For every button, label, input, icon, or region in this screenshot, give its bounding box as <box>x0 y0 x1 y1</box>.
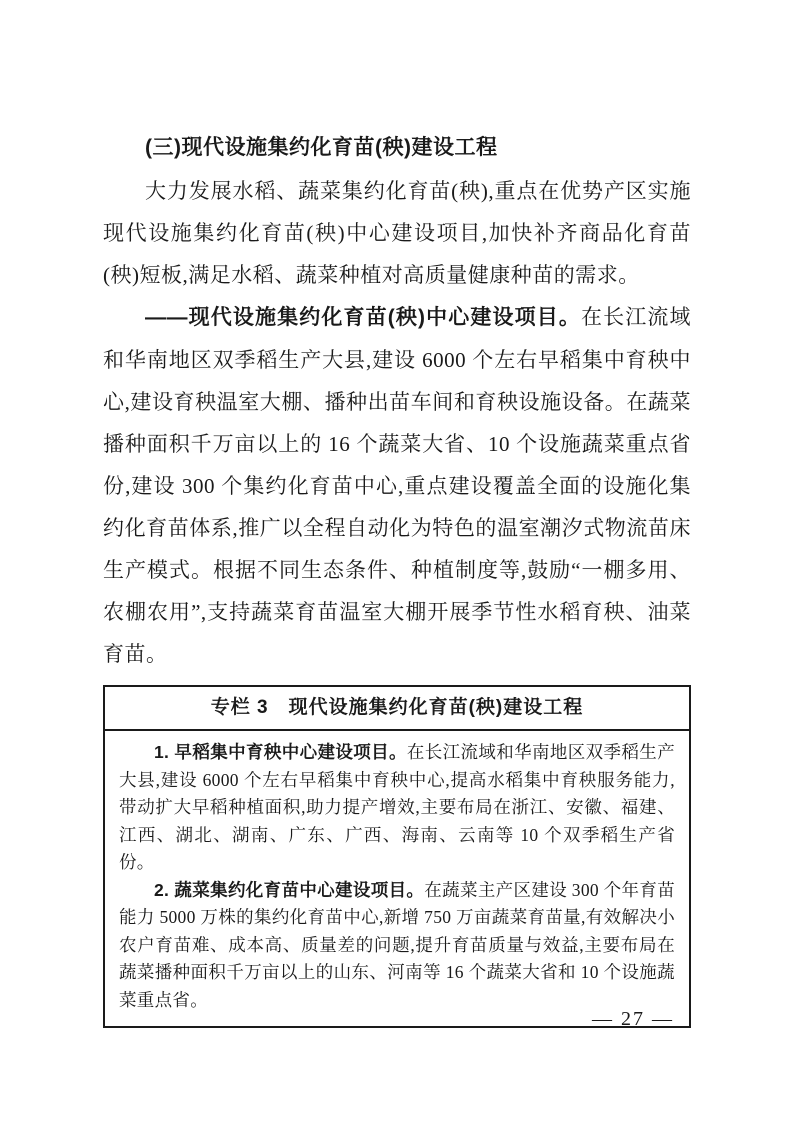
box-item-1: 1. 早稻集中育秧中心建设项目。在长江流域和华南地区双季稻生产大县,建设 600… <box>119 739 675 877</box>
section-heading: (三)现代设施集约化育苗(秧)建设工程 <box>103 126 691 170</box>
paragraph-project-text: 在长江流域和华南地区双季稻生产大县,建设 6000 个左右早稻集中育秧中心,建设… <box>103 305 691 666</box>
paragraph-project: ——现代设施集约化育苗(秧)中心建设项目。在长江流域和华南地区双季稻生产大县,建… <box>103 296 691 675</box>
paragraph-intro: 大力发展水稻、蔬菜集约化育苗(秧),重点在优势产区实施现代设施集约化育苗(秧)中… <box>103 170 691 296</box>
callout-box-body: 1. 早稻集中育秧中心建设项目。在长江流域和华南地区双季稻生产大县,建设 600… <box>105 731 689 1026</box>
callout-box-title: 专栏 3 现代设施集约化育苗(秧)建设工程 <box>105 687 689 731</box>
callout-box: 专栏 3 现代设施集约化育苗(秧)建设工程 1. 早稻集中育秧中心建设项目。在长… <box>103 685 691 1028</box>
box-item-1-lead: 1. 早稻集中育秧中心建设项目。 <box>154 742 407 762</box>
page-number: — 27 — <box>592 1008 674 1031</box>
box-item-2: 2. 蔬菜集约化育苗中心建设项目。在蔬菜主产区建设 300 个年育苗能力 500… <box>119 877 675 1015</box>
document-page: (三)现代设施集约化育苗(秧)建设工程 大力发展水稻、蔬菜集约化育苗(秧),重点… <box>0 0 794 1123</box>
box-item-2-lead: 2. 蔬菜集约化育苗中心建设项目。 <box>154 880 424 900</box>
page-content: (三)现代设施集约化育苗(秧)建设工程 大力发展水稻、蔬菜集约化育苗(秧),重点… <box>103 126 691 1028</box>
paragraph-intro-text: 大力发展水稻、蔬菜集约化育苗(秧),重点在优势产区实施现代设施集约化育苗(秧)中… <box>103 179 691 287</box>
paragraph-project-lead: ——现代设施集约化育苗(秧)中心建设项目。 <box>145 306 581 329</box>
